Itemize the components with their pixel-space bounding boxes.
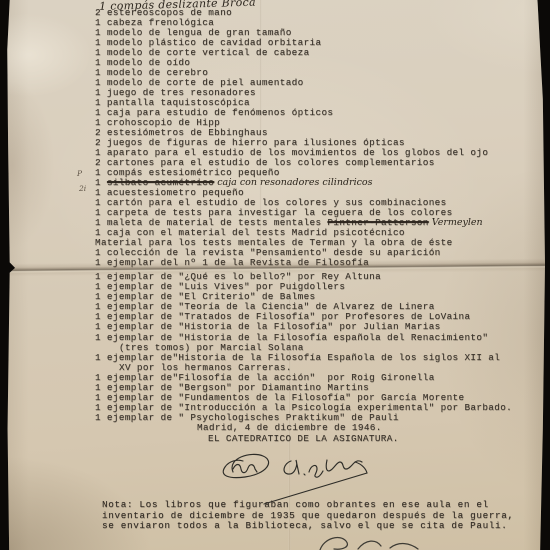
partial-signature-scribble bbox=[310, 533, 420, 550]
margin-annotation-2: 2i bbox=[79, 184, 86, 193]
document-paper: 1 compás deslizante Broca P 2i 2 estereo… bbox=[7, 0, 545, 550]
document-line: 1 ejemplar del nº 1 de la Revista de Fil… bbox=[95, 258, 488, 268]
margin-annotation-1: P bbox=[77, 169, 82, 178]
footnote: Nota: Los libros que figuraban como obra… bbox=[102, 500, 514, 532]
photo-of-document: 1 compás deslizante Broca P 2i 2 estereo… bbox=[0, 0, 550, 550]
document-line: Madrid, 4 de diciembre de 1946. bbox=[95, 423, 512, 433]
inventory-list-upper: 2 estereoscopos de mano1 cabeza frenológ… bbox=[95, 8, 488, 268]
inventory-list-lower: 1 ejemplar de "¿Qué es lo bello?" por Re… bbox=[95, 272, 512, 444]
document-line: se enviaron todos a la Biblioteca, salvo… bbox=[102, 521, 514, 532]
document-line: EL CATEDRATICO DE LA ASIGNATURA. bbox=[95, 434, 512, 444]
document-line: Nota: Los libros que figuraban como obra… bbox=[102, 500, 514, 511]
handwritten-correction: Vermeylen bbox=[429, 217, 483, 228]
